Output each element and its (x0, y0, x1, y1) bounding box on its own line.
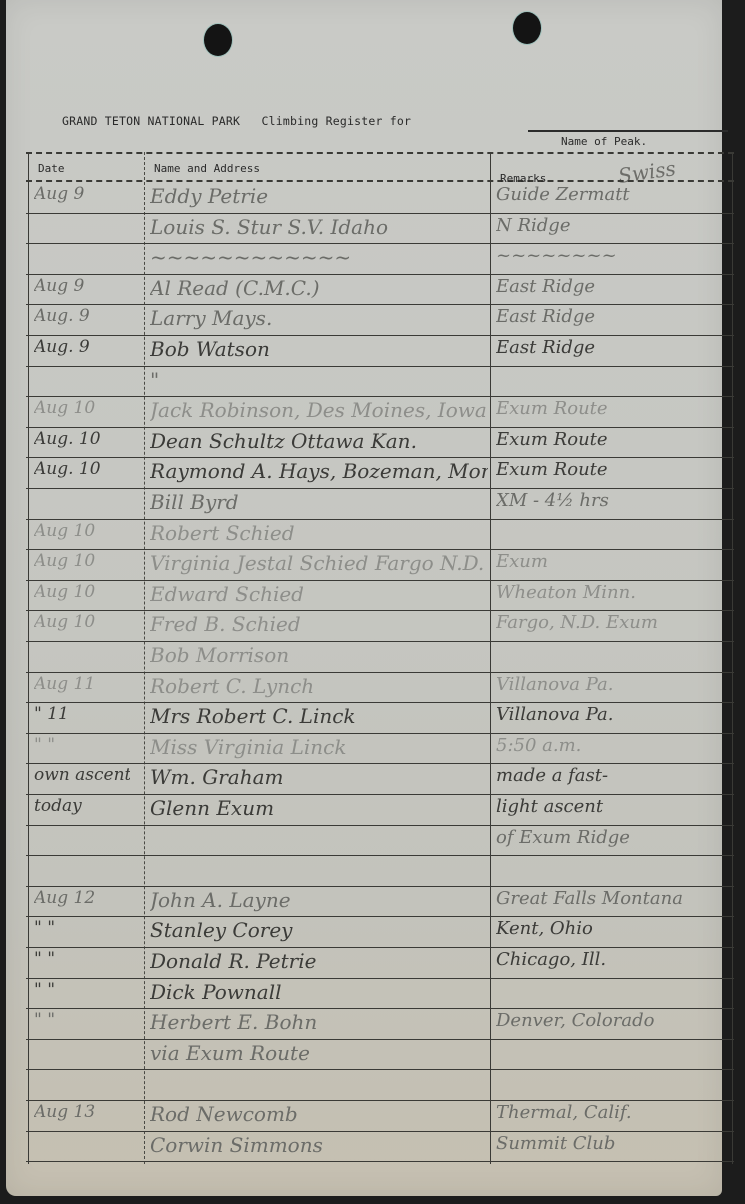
register-sheet: GRAND TETON NATIONAL PARK Climbing Regis… (6, 0, 722, 1196)
entry-name: Edward Schied (150, 582, 488, 606)
entry-name: Glenn Exum (150, 796, 488, 820)
table-row: Aug 9Eddy PetrieGuide Zermatt (26, 182, 734, 210)
entry-remarks: made a fast- (496, 765, 732, 786)
entry-remarks: Villanova Pa. (496, 674, 732, 695)
entry-remarks: Guide Zermatt (496, 184, 732, 205)
table-row: " (26, 366, 734, 394)
entry-date: Aug 12 (34, 888, 130, 908)
entry-name: Stanley Corey (150, 918, 488, 942)
register-table: Date Name and Address Remarks Aug 9Eddy … (26, 152, 734, 1164)
table-row: Corwin SimmonsSummit Club (26, 1131, 734, 1159)
entry-date: Aug 9 (34, 276, 130, 296)
entry-date: " " (34, 735, 130, 755)
entry-name: Virginia Jestal Schied Fargo N.D. (150, 551, 488, 575)
punch-hole-left (204, 24, 232, 56)
park-name: GRAND TETON NATIONAL PARK (62, 114, 240, 128)
entry-name: Jack Robinson, Des Moines, Iowa (150, 398, 488, 422)
entry-name: Eddy Petrie (150, 184, 488, 208)
entry-remarks: Great Falls Montana (496, 888, 732, 909)
col-header-date: Date (38, 162, 65, 175)
entry-remarks: Denver, Colorado (496, 1010, 732, 1031)
table-row: Aug 12John A. LayneGreat Falls Montana (26, 886, 734, 914)
table-row: via Exum Route (26, 1039, 734, 1067)
entry-date: Aug 11 (34, 674, 130, 694)
table-row: Aug. 10Raymond A. Hays, Bozeman, Montana… (26, 457, 734, 485)
table-row: " "Dick Pownall (26, 978, 734, 1006)
entry-date: today (34, 796, 130, 816)
entry-remarks: Exum (496, 551, 732, 572)
entry-name: Louis S. Stur S.V. Idaho (150, 215, 488, 239)
table-row: own ascentWm. Grahammade a fast- (26, 763, 734, 791)
table-row: Aug. 9Larry Mays.East Ridge (26, 304, 734, 332)
peak-caption: Name of Peak. (561, 135, 647, 148)
entry-remarks: Chicago, Ill. (496, 949, 732, 970)
table-row: Aug 10Fred B. SchiedFargo, N.D. Exum (26, 610, 734, 638)
register-label: Climbing Register for (261, 114, 411, 128)
entry-remarks: Summit Club (496, 1133, 732, 1154)
entry-date: Aug. 9 (34, 306, 130, 326)
entry-date: Aug. 10 (34, 429, 130, 449)
table-row: Aug 10Edward SchiedWheaton Minn. (26, 580, 734, 608)
entry-date: Aug 9 (34, 184, 130, 204)
entry-name: Donald R. Petrie (150, 949, 488, 973)
entry-name: Dick Pownall (150, 980, 488, 1004)
table-row: Aug 9Al Read (C.M.C.)East Ridge (26, 274, 734, 302)
entry-remarks: Villanova Pa. (496, 704, 732, 725)
col-header-name: Name and Address (154, 162, 260, 175)
entry-remarks: Fargo, N.D. Exum (496, 612, 732, 633)
table-row: Aug 10Virginia Jestal Schied Fargo N.D.E… (26, 549, 734, 577)
entry-remarks: Exum Route (496, 459, 732, 480)
table-row: " "Stanley CoreyKent, Ohio (26, 916, 734, 944)
entry-name: Al Read (C.M.C.) (150, 276, 488, 300)
entry-name: Bill Byrd (150, 490, 488, 514)
form-header: GRAND TETON NATIONAL PARK Climbing Regis… (62, 114, 411, 128)
entry-remarks: East Ridge (496, 276, 732, 297)
table-row: Aug 10Jack Robinson, Des Moines, IowaExu… (26, 396, 734, 424)
entry-date: " 11 (34, 704, 130, 724)
table-row: ~~~~~~~~~~~~~~~~~~~~ (26, 243, 734, 271)
entry-remarks: 5:50 a.m. (496, 735, 732, 756)
table-row: Aug 11Robert C. LynchVillanova Pa. (26, 672, 734, 700)
entry-date: " " (34, 918, 130, 938)
entry-date: " " (34, 949, 130, 969)
entry-name: Mrs Robert C. Linck (150, 704, 488, 728)
row-rule (26, 1161, 734, 1162)
entry-name: Miss Virginia Linck (150, 735, 488, 759)
entry-date: Aug. 9 (34, 337, 130, 357)
entry-date: Aug 10 (34, 398, 130, 418)
entry-remarks: Exum Route (496, 429, 732, 450)
entry-name: Wm. Graham (150, 765, 488, 789)
entry-name: via Exum Route (150, 1041, 488, 1065)
table-row (26, 855, 734, 883)
entry-name: ~~~~~~~~~~~~ (150, 245, 488, 269)
entry-date: Aug 13 (34, 1102, 130, 1122)
table-row: " 11Mrs Robert C. LinckVillanova Pa. (26, 702, 734, 730)
entry-date: Aug 10 (34, 612, 130, 632)
table-row: of Exum Ridge (26, 825, 734, 853)
entry-date: Aug 10 (34, 521, 130, 541)
table-row: " "Herbert E. BohnDenver, Colorado (26, 1008, 734, 1036)
entry-name: Bob Morrison (150, 643, 488, 667)
entry-date: Aug 10 (34, 551, 130, 571)
entry-name: " (150, 368, 488, 392)
table-row: Bill ByrdXM - 4½ hrs (26, 488, 734, 516)
entry-remarks: XM - 4½ hrs (496, 490, 732, 511)
entry-remarks: light ascent (496, 796, 732, 817)
entry-remarks: Kent, Ohio (496, 918, 732, 939)
table-row: Louis S. Stur S.V. IdahoN Ridge (26, 213, 734, 241)
table-row: Aug. 10Dean Schultz Ottawa Kan.Exum Rout… (26, 427, 734, 455)
entry-name: Raymond A. Hays, Bozeman, Montana (150, 459, 488, 483)
table-row: " "Miss Virginia Linck5:50 a.m. (26, 733, 734, 761)
peak-name-field (528, 130, 728, 132)
entry-remarks: Wheaton Minn. (496, 582, 732, 603)
entry-remarks: ~~~~~~~~ (496, 245, 732, 266)
entry-name: Dean Schultz Ottawa Kan. (150, 429, 488, 453)
entry-date: Aug. 10 (34, 459, 130, 479)
entry-remarks: N Ridge (496, 215, 732, 236)
entry-remarks: East Ridge (496, 337, 732, 358)
entry-date: Aug 10 (34, 582, 130, 602)
entry-name: Fred B. Schied (150, 612, 488, 636)
table-row: Aug 13Rod NewcombThermal, Calif. (26, 1100, 734, 1128)
table-row: todayGlenn Exumlight ascent (26, 794, 734, 822)
entry-remarks: Thermal, Calif. (496, 1102, 732, 1123)
table-row: Aug 10Robert Schied (26, 519, 734, 547)
entry-remarks: Exum Route (496, 398, 732, 419)
entry-name: Rod Newcomb (150, 1102, 488, 1126)
table-row: " "Donald R. PetrieChicago, Ill. (26, 947, 734, 975)
entry-name: Bob Watson (150, 337, 488, 361)
table-row: Aug. 9Bob WatsonEast Ridge (26, 335, 734, 363)
entry-name: Robert C. Lynch (150, 674, 488, 698)
entry-name: Herbert E. Bohn (150, 1010, 488, 1034)
table-top-rule (26, 152, 734, 154)
entry-name: Larry Mays. (150, 306, 488, 330)
entry-date: " " (34, 1010, 130, 1030)
table-row: Bob Morrison (26, 641, 734, 669)
entry-name: John A. Layne (150, 888, 488, 912)
entry-remarks: East Ridge (496, 306, 732, 327)
punch-hole-right (513, 12, 541, 44)
table-row (26, 1069, 734, 1097)
entry-name: Robert Schied (150, 521, 488, 545)
entry-name: Corwin Simmons (150, 1133, 488, 1157)
entry-remarks: of Exum Ridge (496, 827, 732, 848)
entry-date: " " (34, 980, 130, 1000)
entry-date: own ascent (34, 765, 130, 785)
